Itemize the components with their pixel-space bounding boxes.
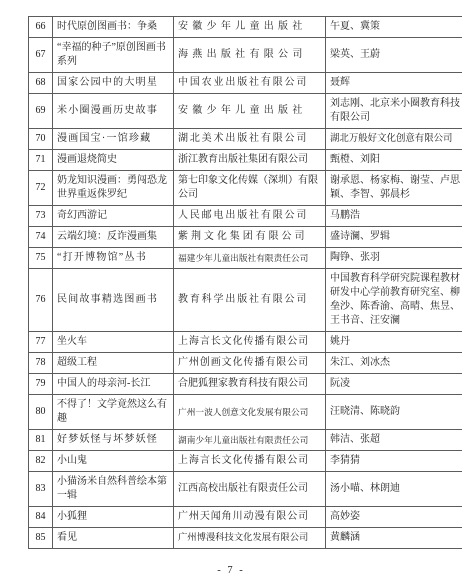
- cell-row-number: 71: [29, 150, 53, 171]
- cell-authors: 陶铮、张羽: [326, 248, 462, 269]
- cell-row-number: 84: [29, 507, 53, 528]
- cell-row-number: 74: [29, 227, 53, 248]
- cell-publisher: 浙江教育出版社集团有限公司: [174, 150, 326, 171]
- cell-authors: 阮凌: [326, 374, 462, 395]
- cell-publisher: 湖南少年儿童出版社有限责任公司: [174, 430, 326, 451]
- cell-row-number: 83: [29, 472, 53, 507]
- cell-row-number: 81: [29, 430, 53, 451]
- table-row: 80 不得了！文学竟然这么有趣 广州一波人创意文化发展有限公司 汪晓清、陈晓韵: [29, 395, 462, 430]
- cell-authors: 梁英、王蔚: [326, 38, 462, 73]
- table-row: 82 小山鬼 上海言长文化传播有限公司 李猜猜: [29, 451, 462, 472]
- cell-row-number: 66: [29, 17, 53, 38]
- cell-book-title: 时代原创图画书：争桑: [53, 17, 174, 38]
- cell-authors: 姚丹: [326, 332, 462, 353]
- cell-publisher: 安徽少年儿童出版社: [174, 94, 326, 129]
- cell-book-title: 云端幻境：反诈漫画集: [53, 227, 174, 248]
- cell-book-title: 奶龙知识漫画：勇闯恐龙世界重返侏罗纪: [53, 171, 174, 206]
- table-row: 78 超级工程 广州创画文化传播有限公司 朱江、刘冰杰: [29, 353, 462, 374]
- table-row: 85 看见 广州博漫科技文化发展有限公司 黄麟涵: [29, 528, 462, 549]
- cell-row-number: 85: [29, 528, 53, 549]
- table-row: 84 小狐狸 广州天闻角川动漫有限公司 高妙姿: [29, 507, 462, 528]
- table-row: 73 奇幻西游记 人民邮电出版社有限公司 马鹏浩: [29, 206, 462, 227]
- cell-publisher: 中国农业出版社有限公司: [174, 73, 326, 94]
- cell-book-title: 好梦妖怪与坏梦妖怪: [53, 430, 174, 451]
- cell-authors: 韩洁、张超: [326, 430, 462, 451]
- cell-publisher: 上海言长文化传播有限公司: [174, 332, 326, 353]
- cell-row-number: 80: [29, 395, 53, 430]
- cell-row-number: 73: [29, 206, 53, 227]
- cell-book-title: 奇幻西游记: [53, 206, 174, 227]
- cell-row-number: 77: [29, 332, 53, 353]
- cell-publisher: 第七印象文化传媒（深圳）有限公司: [174, 171, 326, 206]
- table-row: 74 云端幻境：反诈漫画集 紫荆文化集团有限公司 盛诗澜、罗辑: [29, 227, 462, 248]
- cell-authors: 中国教育科学研究院课程教材研发中心学前教育研究室、柳垒沙、陈香渝、高晴、焦昱、王…: [326, 269, 462, 332]
- cell-publisher: 江西高校出版社有限责任公司: [174, 472, 326, 507]
- cell-book-title: 小狐狸: [53, 507, 174, 528]
- cell-book-title: 坐火车: [53, 332, 174, 353]
- cell-authors: 朱江、刘冰杰: [326, 353, 462, 374]
- cell-publisher: 紫荆文化集团有限公司: [174, 227, 326, 248]
- cell-book-title: 民间故事精选图画书: [53, 269, 174, 332]
- cell-book-title: 国家公园中的大明星: [53, 73, 174, 94]
- document-page: 66 时代原创图画书：争桑 安徽少年儿童出版社 午夏、冀策 67 “幸福的种子”…: [0, 0, 462, 588]
- cell-publisher: 湖北美术出版社有限公司: [174, 129, 326, 150]
- books-table: 66 时代原创图画书：争桑 安徽少年儿童出版社 午夏、冀策 67 “幸福的种子”…: [28, 16, 462, 549]
- cell-row-number: 82: [29, 451, 53, 472]
- table-row: 70 漫画国宝·一馆珍藏 湖北美术出版社有限公司 湖北万般好文化创意有限公司: [29, 129, 462, 150]
- table-row: 67 “幸福的种子”原创图画书系列 海燕出版社有限公司 梁英、王蔚: [29, 38, 462, 73]
- cell-publisher: 教育科学出版社有限公司: [174, 269, 326, 332]
- cell-authors: 聂辉: [326, 73, 462, 94]
- cell-publisher: 海燕出版社有限公司: [174, 38, 326, 73]
- cell-authors: 黄麟涵: [326, 528, 462, 549]
- cell-book-title: 小山鬼: [53, 451, 174, 472]
- cell-authors: 甄橙、刘阳: [326, 150, 462, 171]
- table-row: 76 民间故事精选图画书 教育科学出版社有限公司 中国教育科学研究院课程教材研发…: [29, 269, 462, 332]
- cell-row-number: 69: [29, 94, 53, 129]
- cell-authors: 湖北万般好文化创意有限公司: [326, 129, 462, 150]
- table-row: 79 中国人的母亲河-长江 合肥狐狸家教育科技有限公司 阮凌: [29, 374, 462, 395]
- cell-book-title: “幸福的种子”原创图画书系列: [53, 38, 174, 73]
- table-body: 66 时代原创图画书：争桑 安徽少年儿童出版社 午夏、冀策 67 “幸福的种子”…: [29, 17, 462, 549]
- cell-authors: 李猜猜: [326, 451, 462, 472]
- cell-book-title: “打开博物馆”丛书: [53, 248, 174, 269]
- cell-publisher: 广州天闻角川动漫有限公司: [174, 507, 326, 528]
- table-row: 75 “打开博物馆”丛书 福建少年儿童出版社有限责任公司 陶铮、张羽: [29, 248, 462, 269]
- cell-book-title: 漫画国宝·一馆珍藏: [53, 129, 174, 150]
- cell-authors: 高妙姿: [326, 507, 462, 528]
- cell-row-number: 72: [29, 171, 53, 206]
- cell-publisher: 广州博漫科技文化发展有限公司: [174, 528, 326, 549]
- cell-publisher: 广州一波人创意文化发展有限公司: [174, 395, 326, 430]
- cell-row-number: 79: [29, 374, 53, 395]
- cell-authors: 盛诗澜、罗辑: [326, 227, 462, 248]
- cell-authors: 汪晓清、陈晓韵: [326, 395, 462, 430]
- table-row: 77 坐火车 上海言长文化传播有限公司 姚丹: [29, 332, 462, 353]
- cell-publisher: 安徽少年儿童出版社: [174, 17, 326, 38]
- cell-publisher: 人民邮电出版社有限公司: [174, 206, 326, 227]
- cell-row-number: 70: [29, 129, 53, 150]
- cell-book-title: 米小圈漫画历史故事: [53, 94, 174, 129]
- cell-row-number: 67: [29, 38, 53, 73]
- cell-authors: 汤小喵、林朗迪: [326, 472, 462, 507]
- cell-book-title: 漫画退烧简史: [53, 150, 174, 171]
- table-row: 66 时代原创图画书：争桑 安徽少年儿童出版社 午夏、冀策: [29, 17, 462, 38]
- cell-book-title: 小猫汤米自然科普绘本第一辑: [53, 472, 174, 507]
- table-row: 72 奶龙知识漫画：勇闯恐龙世界重返侏罗纪 第七印象文化传媒（深圳）有限公司 谢…: [29, 171, 462, 206]
- table-row: 71 漫画退烧简史 浙江教育出版社集团有限公司 甄橙、刘阳: [29, 150, 462, 171]
- cell-book-title: 不得了！文学竟然这么有趣: [53, 395, 174, 430]
- cell-row-number: 76: [29, 269, 53, 332]
- cell-publisher: 合肥狐狸家教育科技有限公司: [174, 374, 326, 395]
- cell-publisher: 上海言长文化传播有限公司: [174, 451, 326, 472]
- cell-book-title: 超级工程: [53, 353, 174, 374]
- cell-authors: 谢承恩、杨家梅、谢莹、卢思颖、李智、郭晨杉: [326, 171, 462, 206]
- cell-authors: 午夏、冀策: [326, 17, 462, 38]
- table-row: 69 米小圈漫画历史故事 安徽少年儿童出版社 刘志刚、北京米小圈教育科技有限公司: [29, 94, 462, 129]
- cell-row-number: 68: [29, 73, 53, 94]
- page-number: - 7 -: [0, 565, 462, 576]
- table-row: 81 好梦妖怪与坏梦妖怪 湖南少年儿童出版社有限责任公司 韩洁、张超: [29, 430, 462, 451]
- cell-publisher: 广州创画文化传播有限公司: [174, 353, 326, 374]
- cell-book-title: 看见: [53, 528, 174, 549]
- cell-authors: 刘志刚、北京米小圈教育科技有限公司: [326, 94, 462, 129]
- table-row: 68 国家公园中的大明星 中国农业出版社有限公司 聂辉: [29, 73, 462, 94]
- cell-authors: 马鹏浩: [326, 206, 462, 227]
- cell-row-number: 78: [29, 353, 53, 374]
- cell-publisher: 福建少年儿童出版社有限责任公司: [174, 248, 326, 269]
- cell-book-title: 中国人的母亲河-长江: [53, 374, 174, 395]
- cell-row-number: 75: [29, 248, 53, 269]
- table-row: 83 小猫汤米自然科普绘本第一辑 江西高校出版社有限责任公司 汤小喵、林朗迪: [29, 472, 462, 507]
